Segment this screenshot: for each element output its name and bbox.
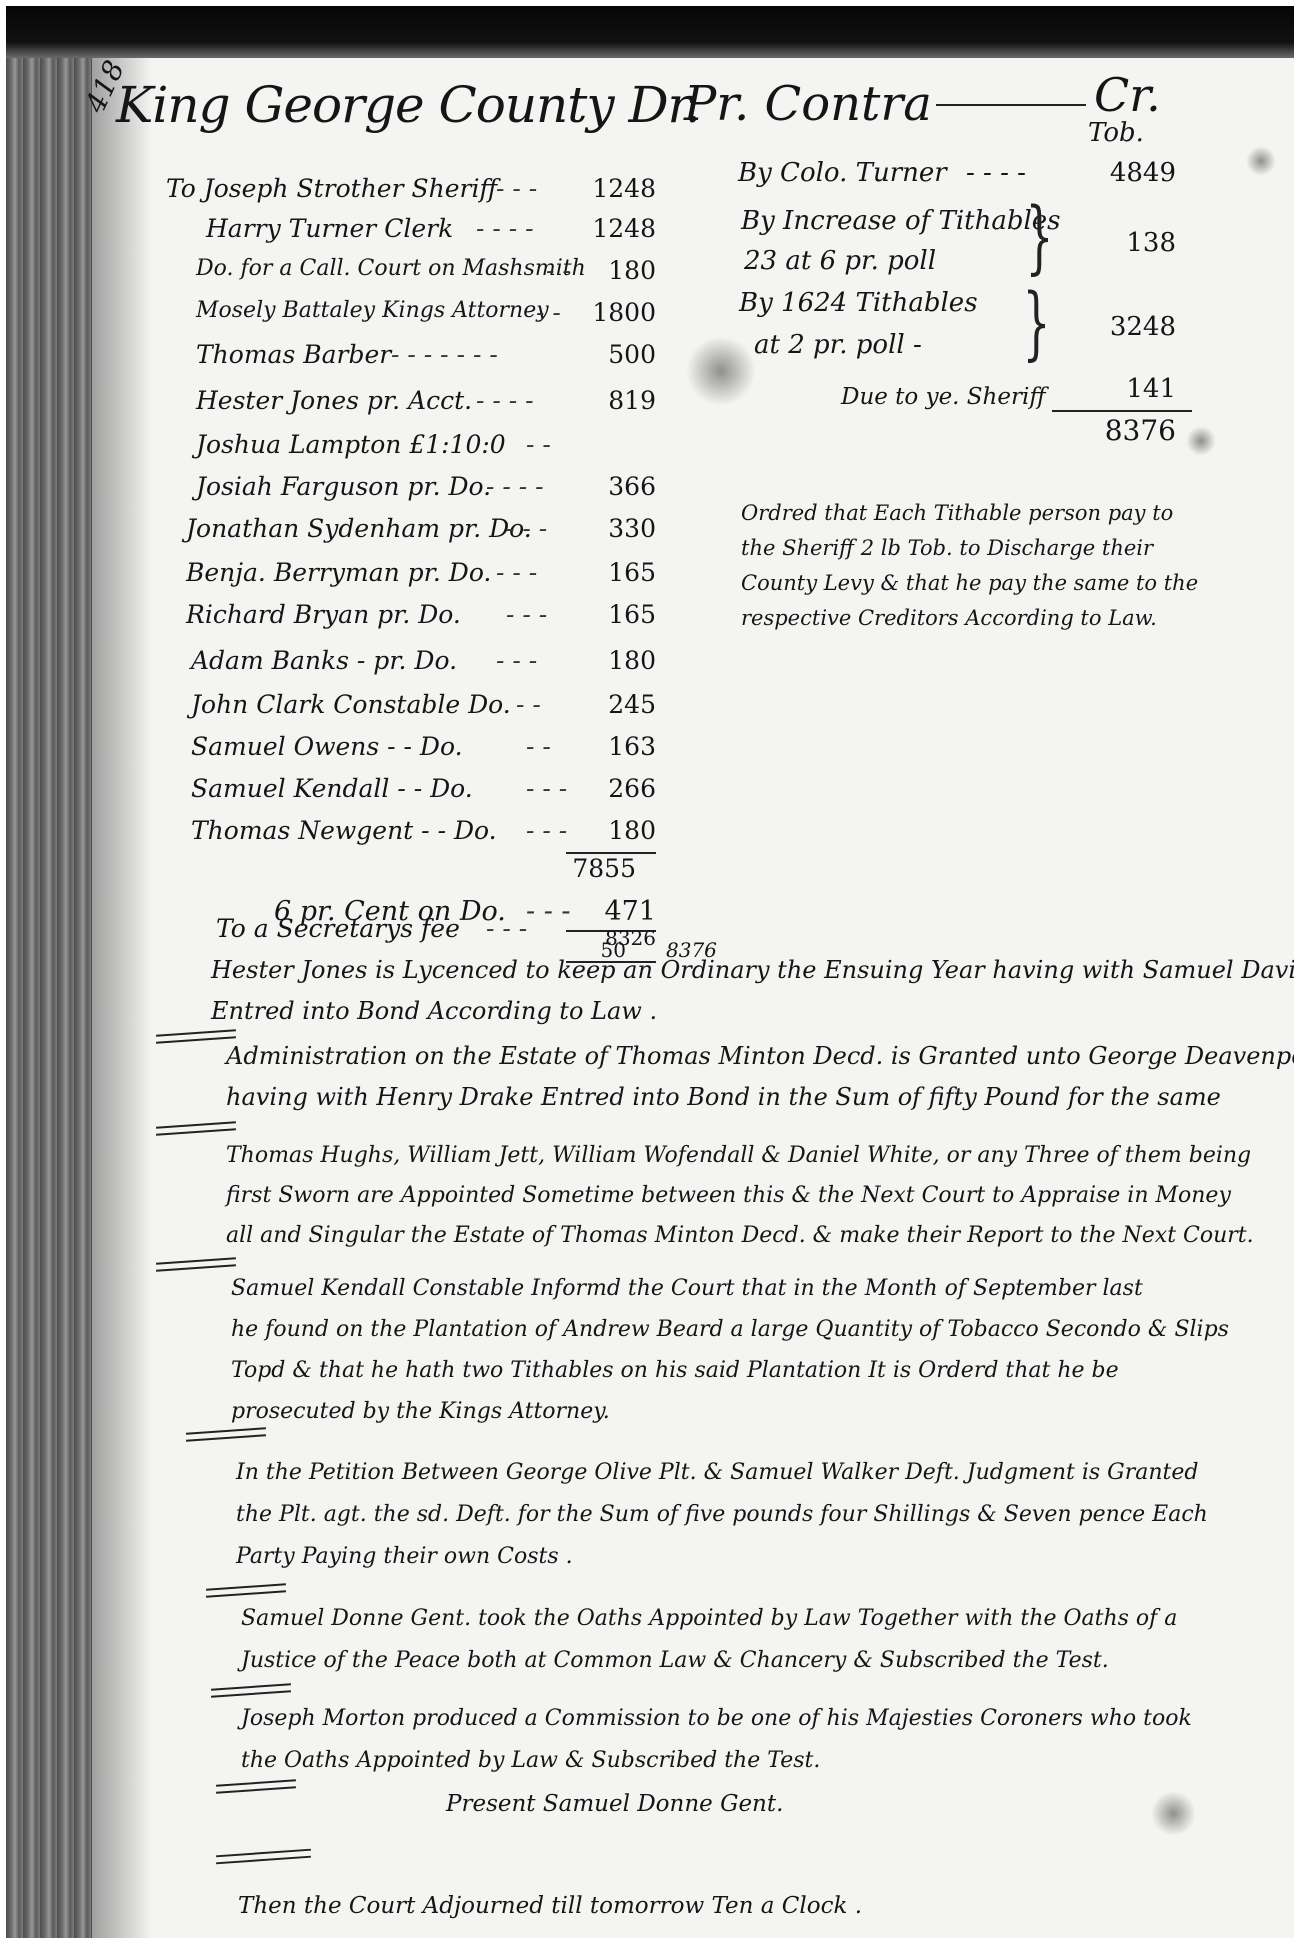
section-divider (156, 1260, 236, 1270)
debit-amount: 163 (546, 732, 656, 761)
minute-entry: Thomas Hughs, William Jett, William Wofe… (226, 1136, 1236, 1256)
debit-name: To Joseph Strother Sheriff (166, 174, 497, 203)
credit-mark: Cr. (1094, 68, 1161, 122)
debit-leader: - - - (506, 514, 547, 543)
credit-amount: 141 (1046, 374, 1176, 404)
credit-amount: 3248 (1046, 312, 1176, 342)
minute-line: having with Henry Drake Entred into Bond… (226, 1077, 1226, 1118)
minute-entry: In the Petition Between George Olive Plt… (236, 1452, 1236, 1578)
minute-line: Thomas Hughs, William Jett, William Wofe… (226, 1136, 1236, 1176)
percent-amount: 471 (546, 896, 656, 927)
debit-name: Mosely Battaley Kings Attorney (196, 298, 549, 323)
minute-line: Hester Jones is Lycenced to keep an Ordi… (211, 950, 1231, 991)
debit-name: Benja. Berryman pr. Do. (186, 558, 491, 587)
secretary-fee-label: To a Secretarys fee (216, 914, 460, 943)
debit-amount: 819 (546, 386, 656, 415)
debit-leader: - - - (496, 646, 537, 675)
credit-total-rule (1052, 410, 1192, 412)
minute-line: Samuel Kendall Constable Informd the Cou… (231, 1268, 1231, 1309)
debit-amount: 165 (546, 600, 656, 629)
debit-name: Thomas Barber (196, 340, 391, 369)
debit-subtotal: 7855 (526, 854, 636, 883)
debit-name: Josiah Farguson pr. Do. (196, 472, 491, 501)
tobacco-unit-header: Tob. (1088, 118, 1144, 148)
title-flourish-rule (936, 104, 1086, 106)
minute-line: Administration on the Estate of Thomas M… (226, 1036, 1226, 1077)
minute-entry: Hester Jones is Lycenced to keep an Ordi… (211, 950, 1231, 1032)
debit-amount: 366 (546, 472, 656, 501)
credit-line: Due to ye. Sheriff (841, 384, 1046, 410)
section-divider (211, 1686, 291, 1696)
section-divider (216, 1782, 296, 1792)
section-divider (156, 1032, 236, 1042)
minute-line: prosecuted by the Kings Attorney. (231, 1391, 1231, 1432)
minute-line: Justice of the Peace both at Common Law … (241, 1640, 1241, 1682)
minute-entry: Samuel Kendall Constable Informd the Cou… (231, 1268, 1231, 1432)
secretary-fee-leader: - - - (486, 914, 527, 943)
minute-line: Joseph Morton produced a Commission to b… (241, 1698, 1251, 1740)
credit-total: 8376 (1046, 414, 1176, 447)
debit-amount: 180 (546, 646, 656, 675)
minute-line: he found on the Plantation of Andrew Bea… (231, 1309, 1231, 1350)
minute-line: first Sworn are Appointed Sometime betwe… (226, 1176, 1236, 1216)
debit-name: John Clark Constable Do. (191, 690, 511, 719)
debit-amount: 266 (546, 774, 656, 803)
debit-name: Richard Bryan pr. Do. (186, 600, 461, 629)
credit-leader: - - - - (966, 158, 1026, 188)
debit-name: Samuel Owens - - Do. (191, 732, 463, 761)
debit-name: Adam Banks - pr. Do. (191, 646, 457, 675)
adjournment-line: Then the Court Adjourned till tomorrow T… (238, 1886, 862, 1927)
debit-leader: - - - (496, 174, 537, 203)
debit-leader: - - - - (486, 472, 544, 501)
debit-title: King George County Dr. (116, 76, 700, 134)
debit-leader: - - - - - - - (391, 340, 498, 369)
debit-leader: - - (526, 430, 551, 459)
debit-leader: - - (516, 690, 541, 719)
debit-name: Hester Jones pr. Acct. (196, 386, 472, 415)
debit-leader: - - - - (476, 386, 534, 415)
section-divider (156, 1124, 236, 1134)
section-divider (216, 1852, 311, 1862)
minute-entry: Samuel Donne Gent. took the Oaths Appoin… (241, 1598, 1241, 1682)
debit-amount: 180 (546, 816, 656, 845)
minute-line: In the Petition Between George Olive Plt… (236, 1452, 1236, 1494)
minute-line: the Oaths Appointed by Law & Subscribed … (241, 1740, 1251, 1782)
scanned-ledger-page: 418 King George County Dr. Pr. Contra Cr… (6, 6, 1294, 1938)
section-divider (186, 1430, 266, 1440)
debit-name: Thomas Newgent - - Do. (191, 816, 497, 845)
credit-line: By Increase of Tithables (741, 206, 1061, 236)
credit-line: 23 at 6 pr. poll (744, 246, 936, 276)
minute-line: Entred into Bond According to Law . (211, 991, 1231, 1032)
present-text: Present Samuel Donne Gent. (446, 1784, 783, 1825)
credit-line: at 2 pr. poll - (754, 330, 922, 360)
debit-amount: 330 (546, 514, 656, 543)
debit-name: Do. for a Call. Court on Mashsmith (196, 256, 586, 281)
minute-line: Party Paying their own Costs . (236, 1536, 1236, 1578)
minute-line: the Plt. agt. the sd. Deft. for the Sum … (236, 1494, 1236, 1536)
debit-amount: 245 (546, 690, 656, 719)
debit-amount: 1248 (546, 214, 656, 243)
debit-name: Harry Turner Clerk (206, 214, 453, 243)
debit-amount: 180 (546, 256, 656, 285)
debit-name: Jonathan Sydenham pr. Do. (186, 514, 532, 543)
adjournment-text: Then the Court Adjourned till tomorrow T… (238, 1886, 862, 1927)
credit-amount: 138 (1046, 228, 1176, 258)
credit-line: By 1624 Tithables (739, 288, 978, 318)
minute-line: all and Singular the Estate of Thomas Mi… (226, 1216, 1236, 1256)
debit-name: Samuel Kendall - - Do. (191, 774, 473, 803)
present-line: Present Samuel Donne Gent. (446, 1784, 783, 1825)
credit-title: Pr. Contra (684, 76, 932, 132)
minute-line: Samuel Donne Gent. took the Oaths Appoin… (241, 1598, 1241, 1640)
debit-leader: - - - (496, 558, 537, 587)
minute-line: Topd & that he hath two Tithables on his… (231, 1350, 1231, 1391)
minute-entry: Joseph Morton produced a Commission to b… (241, 1698, 1251, 1782)
debit-amount: 500 (546, 340, 656, 369)
debit-amount: 1800 (546, 298, 656, 327)
debit-amount: 165 (546, 558, 656, 587)
minute-entry: Administration on the Estate of Thomas M… (226, 1036, 1226, 1118)
levy-order-text: Ordred that Each Tithable person pay to … (741, 496, 1211, 636)
debit-leader: - - - (506, 600, 547, 629)
credit-amount: 4849 (1046, 158, 1176, 188)
debit-leader: - - - - (476, 214, 534, 243)
credit-line: By Colo. Turner (738, 158, 947, 188)
debit-name: Joshua Lampton £1:10:0 (196, 430, 506, 459)
section-divider (206, 1586, 286, 1596)
debit-amount: 1248 (546, 174, 656, 203)
ledger-content: 418 King George County Dr. Pr. Contra Cr… (6, 6, 1294, 1938)
